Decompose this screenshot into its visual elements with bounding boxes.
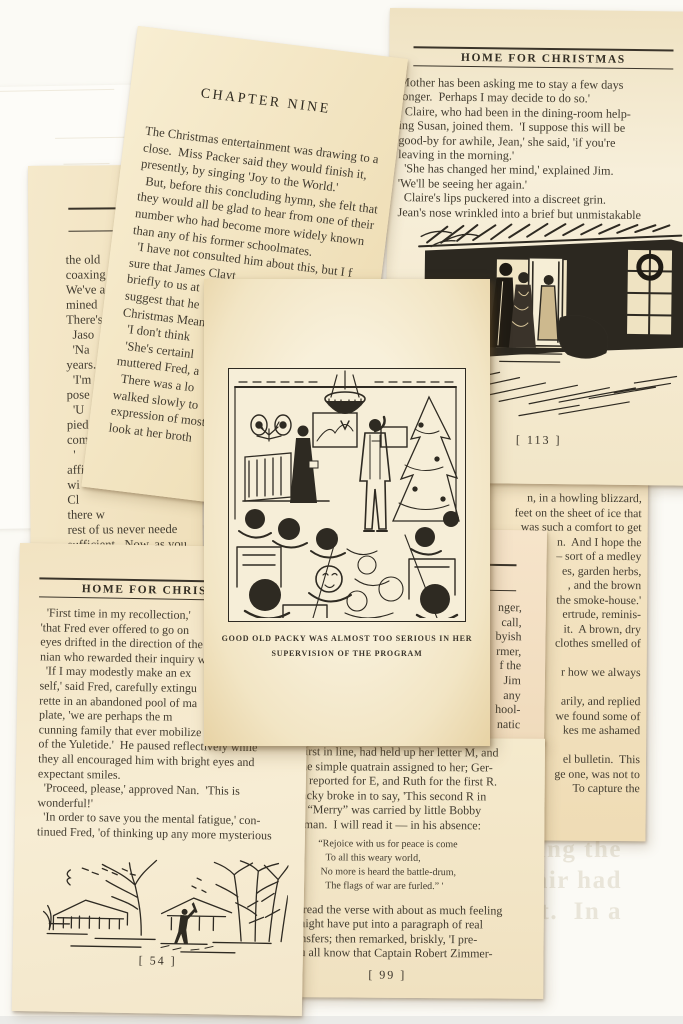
photo-edge <box>0 1016 683 1024</box>
text-line: there w <box>67 507 202 523</box>
running-head: HOME FOR CHRISTMAS <box>413 46 673 69</box>
audience <box>237 509 459 618</box>
chapter-title: CHAPTER NINE <box>130 78 402 127</box>
chandelier <box>325 371 365 429</box>
text-line: The flags of war are furled.” ' <box>318 879 544 895</box>
text-line: “Rejoice with us for peace is come <box>318 837 544 853</box>
standing-woman <box>290 426 318 504</box>
text-line: you all know that Captain Robert Zimmer- <box>287 945 543 961</box>
winter-farm-scene-illustration <box>41 853 289 961</box>
book-pages-collage: ing theair hadt. In a the oldcoaxingWe'v… <box>0 0 683 1024</box>
page-illustration-plate: GOOD OLD PACKY WAS ALMOST TOO SERIOUS IN… <box>204 279 490 746</box>
plate-frame <box>228 368 466 622</box>
body-text: Mother has been asking me to stay a few … <box>397 75 683 223</box>
text-line: rest of us never neede <box>67 522 202 538</box>
ghost-line <box>55 137 125 139</box>
christmas-tree <box>393 397 459 521</box>
plate-caption: GOOD OLD PACKY WAS ALMOST TOO SERIOUS IN… <box>204 631 490 661</box>
caption-line: GOOD OLD PACKY WAS ALMOST TOO SERIOUS IN… <box>204 631 490 646</box>
verse-quotation: “Rejoice with us for peace is come To al… <box>318 837 544 895</box>
text-line: To all this weary world, <box>318 851 544 867</box>
page-99: n, first in line, had held up her letter… <box>281 737 545 999</box>
text-line: n, first in line, had held up her letter… <box>289 744 545 760</box>
text-line: had reported for E, and Ruth for the fir… <box>289 773 545 789</box>
body-text: n, first in line, had held up her letter… <box>288 744 545 833</box>
text-line: n, in a howling blizzard, <box>470 490 642 506</box>
text-line: No more is heard the battle-drum, <box>318 865 544 881</box>
ghost-line <box>0 89 114 92</box>
caption-line: SUPERVISION OF THE PROGRAM <box>204 646 490 661</box>
parlor-program-scene-illustration <box>229 369 462 618</box>
organ <box>243 453 329 501</box>
text-line: herman. I will read it — in his absence: <box>288 817 544 833</box>
body-text: ky read the verse with about as much fee… <box>287 902 543 962</box>
text-line: e might have put into a paragraph of rea… <box>288 916 544 932</box>
page-number: [ 99 ] <box>281 967 493 983</box>
text-line: feet on the sheet of ice that <box>470 504 642 520</box>
standing-man <box>360 417 390 531</box>
